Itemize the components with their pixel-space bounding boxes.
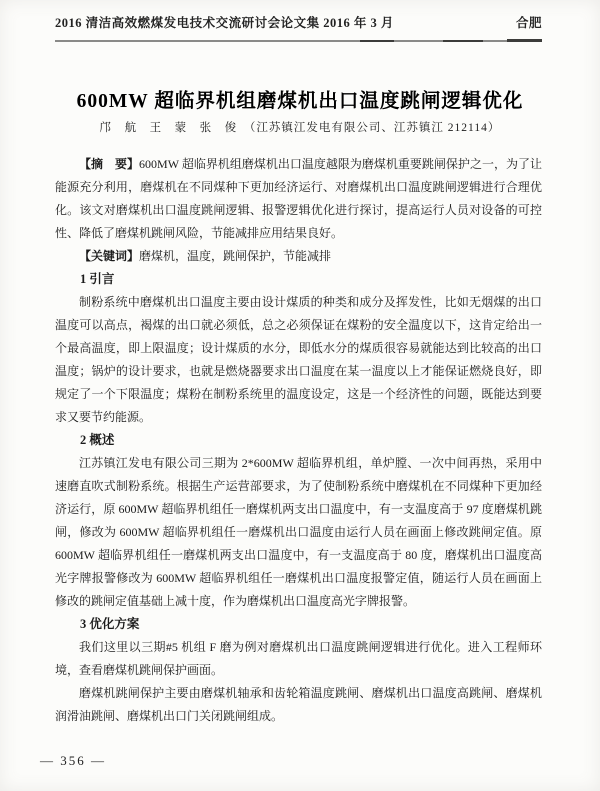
header-location: 合肥 xyxy=(516,13,542,31)
keywords-text: 磨煤机，温度，跳闸保护，节能减排 xyxy=(139,249,331,263)
keywords-line: 【关键词】磨煤机，温度，跳闸保护，节能减排 xyxy=(55,245,542,268)
header-proceedings-title: 2016 清洁高效燃煤发电技术交流研讨会论文集 2016 年 3 月 xyxy=(55,13,394,31)
page-header: 2016 清洁高效燃煤发电技术交流研讨会论文集 2016 年 3 月 合肥 xyxy=(55,13,542,31)
section-paragraph: 制粉系统中磨煤机出口温度主要由设计煤质的种类和成分及挥发性，比如无烟煤的出口温度… xyxy=(55,291,542,429)
keywords-label: 【关键词】 xyxy=(79,249,139,263)
header-rule xyxy=(55,40,542,42)
header-rule-segment xyxy=(360,40,394,42)
section-heading-introduction: 1 引言 xyxy=(55,268,542,291)
abstract-paragraph: 【摘 要】600MW 超临界机组磨煤机出口温度越限为磨煤机重要跳闸保护之一，为了… xyxy=(55,153,542,245)
scanned-paper-page: 2016 清洁高效燃煤发电技术交流研讨会论文集 2016 年 3 月 合肥 60… xyxy=(0,0,600,791)
section-heading-overview: 2 概述 xyxy=(55,429,542,452)
section-paragraph: 我们这里以三期#5 机组 F 磨为例对磨煤机出口温度跳闸逻辑进行优化。进入工程师… xyxy=(55,636,542,682)
header-rule-segment xyxy=(443,40,483,42)
authors-affiliation-line: 邝 航 王 蒙 张 俊 （江苏镇江发电有限公司、江苏镇江 212114） xyxy=(0,119,600,135)
abstract-label: 【摘 要】 xyxy=(79,157,139,171)
paper-body: 【摘 要】600MW 超临界机组磨煤机出口温度越限为磨煤机重要跳闸保护之一，为了… xyxy=(55,153,542,728)
section-paragraph: 江苏镇江发电有限公司三期为 2*600MW 超临界机组，单炉膛、一次中间再热，采… xyxy=(55,452,542,613)
paper-title: 600MW 超临界机组磨煤机出口温度跳闸逻辑优化 xyxy=(0,85,600,113)
section-paragraph: 磨煤机跳闸保护主要由磨煤机轴承和齿轮箱温度跳闸、磨煤机出口温度高跳闸、磨煤机润滑… xyxy=(55,682,542,728)
header-rule-segment xyxy=(507,39,542,42)
section-heading-optimization-plan: 3 优化方案 xyxy=(55,613,542,636)
page-number: — 356 — xyxy=(40,753,106,769)
